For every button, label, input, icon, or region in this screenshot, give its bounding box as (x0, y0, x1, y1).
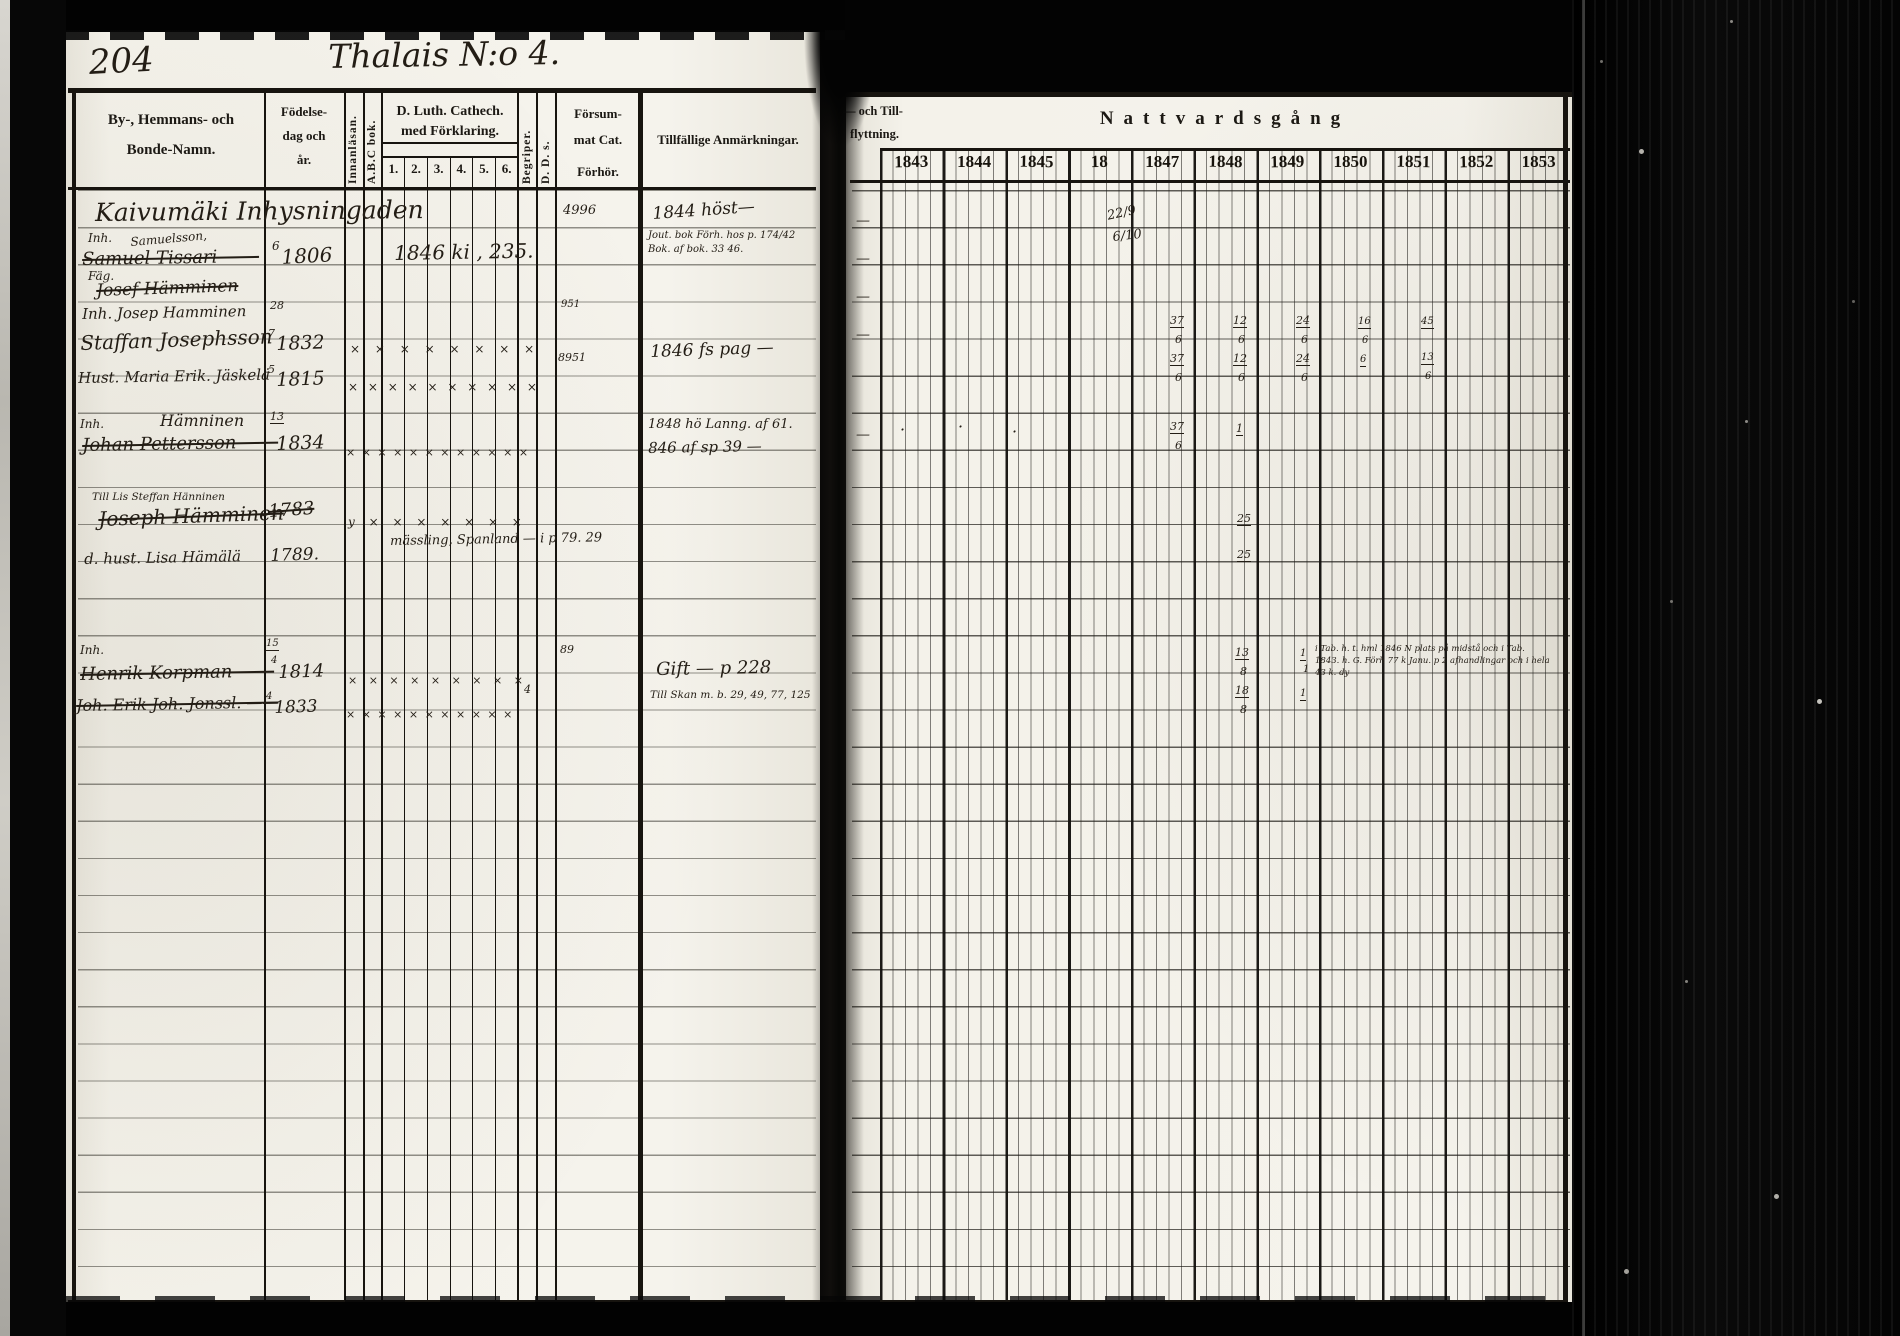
handwriting-entry: 13 (270, 411, 284, 424)
handwriting-entry: 6 (1175, 440, 1182, 451)
handwriting-entry: 1806 (281, 244, 333, 267)
handwriting-entry: 951 (561, 300, 580, 310)
cathech-subcol-2: 2. (405, 161, 428, 181)
handwriting-entry: Johan Pettersson —— (82, 434, 278, 455)
left-header-top-rule (68, 88, 816, 93)
handwriting-entry: 37 (1170, 353, 1184, 366)
handwriting-entry: 43 k. dy (1315, 669, 1349, 678)
handwriting-entry: 6 (1360, 355, 1366, 367)
year-label-1845: 1845 (1005, 151, 1068, 178)
year-row-top-rule (880, 148, 1570, 151)
film-scratch-line (1582, 0, 1585, 1336)
handwriting-entry: 25 (1237, 549, 1251, 562)
handwriting-entry: 4 (266, 692, 272, 702)
left-header-bottom-rule (68, 187, 816, 190)
col-header-name-line1: By-, Hemmans- och (108, 112, 234, 129)
handwriting-entry: 6/10 (1112, 228, 1142, 244)
col-header-begriper: Begriper. (521, 100, 533, 184)
handwriting-entry: Jout. bok Förh. hos p. 174/42 (648, 231, 795, 241)
handwriting-entry: 1846 fs pag — (650, 340, 774, 361)
year-label-18: 18 (1068, 151, 1131, 178)
handwriting-entry: 6 (1362, 336, 1368, 346)
scanned-church-record-spread: By-, Hemmans- och Bonde-Namn. Födelse- d… (0, 0, 1900, 1336)
page-number: 204 (88, 43, 155, 80)
film-right-margin (1572, 0, 1900, 1336)
left-edge-black (10, 0, 66, 1336)
cathech-subline-5 (495, 156, 496, 1303)
handwriting-entry: Till Skan m. b. 29, 49, 77, 125 (650, 690, 811, 701)
handwriting-entry: 89 (560, 644, 574, 655)
handwriting-entry: Inh. Josep Hamminen (82, 304, 246, 322)
handwriting-entry: · (958, 419, 963, 435)
handwriting-entry: 1833 (274, 698, 318, 716)
handwriting-entry: Hämninen (160, 413, 244, 429)
col-header-forsummat-line2: mat Cat. (574, 132, 622, 148)
right-header-top-rule (846, 92, 1572, 97)
col-line-innanlasan-abc (363, 93, 365, 1303)
col-header-forsummat-line3: Förhör. (577, 164, 619, 180)
col-line-dds-forsummat (555, 93, 557, 1303)
handwriting-entry: Bok. af bok. 33 46. (648, 245, 743, 255)
handwriting-entry: 1834 (276, 433, 325, 454)
communion-year-grid (880, 148, 1570, 1303)
handwriting-entry: 37 (1170, 421, 1184, 434)
handwriting-entry: Till Lis Steffan Hänninen (92, 492, 225, 503)
handwriting-entry: 1783 (268, 500, 315, 521)
handwriting-entry: y × × × × × × × (348, 516, 527, 528)
col-header-abc-bok: A.B.C bok. (366, 100, 378, 184)
cathech-subcol-4: 4. (450, 161, 473, 181)
handwriting-entry: 12 (1233, 315, 1247, 328)
handwriting-entry: Inh. (80, 644, 104, 656)
year-label-1853: 1853 (1507, 152, 1570, 178)
handwriting-entry: 8 (1240, 704, 1247, 715)
handwriting-entry: 6 (1238, 372, 1245, 383)
year-label-1849: 1849 (1256, 151, 1319, 178)
cathech-subheader-rule (382, 156, 518, 158)
left-edge-sliver (0, 0, 10, 1336)
year-label-1850: 1850 (1319, 152, 1382, 178)
handwriting-entry: 1 (1303, 665, 1309, 675)
col-header-dds: D. D. s. (540, 100, 552, 184)
nattvardsgang-title: Nattvardsgång (1100, 108, 1350, 130)
handwriting-entry: Samuel Tissari —— (82, 248, 259, 269)
cathech-subline-3 (450, 156, 451, 1303)
col-header-birth-line1: Födelse- (281, 104, 327, 120)
handwriting-entry: 1815 (276, 369, 325, 390)
handwriting-entry: 12 (1233, 353, 1247, 366)
handwriting-entry: 4996 (563, 204, 596, 217)
handwriting-entry: 6 (1175, 334, 1182, 345)
scanner-top-right-block (845, 0, 1585, 92)
year-label-1843: 1843 (880, 151, 943, 178)
handwriting-entry: Gift — p 228 (656, 659, 771, 679)
handwriting-entry: Josef Hämminen (96, 278, 239, 300)
handwriting-entry: 16 (1358, 317, 1371, 329)
handwriting-entry: 15 (266, 639, 279, 651)
cathech-subcol-5: 5. (473, 161, 496, 181)
handwriting-entry: Inh. (80, 418, 104, 430)
handwriting-entry: d. hust. Lisa Hämälä (84, 549, 241, 567)
year-label-1852: 1852 (1444, 151, 1507, 178)
col-header-cathech-line1: D. Luth. Cathech. (397, 104, 504, 120)
handwriting-entry: 6 (1301, 334, 1308, 345)
cathech-subcol-3: 3. (427, 161, 450, 181)
handwriting-entry: 1832 (276, 333, 325, 354)
handwriting-entry: 1814 (278, 662, 324, 682)
col-header-birth-line2: dag och (283, 128, 326, 144)
handwriting-entry: 37 (1170, 315, 1184, 328)
year-label-1848: 1848 (1193, 151, 1256, 178)
handwriting-entry: Inh. (88, 232, 112, 244)
right-page-right-border (1563, 92, 1568, 1303)
col-header-innanlasan: Innanläsan. (347, 100, 359, 184)
handwriting-entry: 25 (1237, 513, 1251, 526)
handwriting-entry: · (900, 422, 905, 438)
handwriting-entry: Joseph Hämminen (98, 503, 284, 529)
col-line-birth-innanlasan (344, 93, 346, 1303)
handwriting-entry: × × × × × × × × × × × × (346, 447, 530, 458)
handwriting-entry: mässling‚ Spanland — i p 79. 29 (390, 531, 602, 548)
col-line-abc-cathech (381, 93, 383, 1303)
handwriting-entry: 1 (1300, 649, 1306, 661)
handwriting-entry: × × × × × × × × × × (348, 381, 540, 393)
handwriting-entry: × × × × × × × × (350, 343, 540, 355)
col-line-forsummat-anmarkningar (638, 93, 643, 1303)
cathech-subcol-6: 6. (495, 161, 518, 181)
handwriting-entry: Henrik Korpman —— (80, 663, 274, 684)
handwriting-entry: 6 (1425, 372, 1431, 382)
page-gutter-shadow (812, 28, 864, 1306)
handwriting-entry: × × × × × × × × × (348, 675, 527, 686)
handwriting-entry: 13 (1235, 647, 1249, 660)
handwriting-entry: 1 (1236, 423, 1243, 436)
col-header-anmarkningar: Tillfällige Anmärkningar. (657, 132, 799, 148)
cathech-underline (382, 142, 518, 144)
page-title: Thalais N:o 4. (328, 36, 560, 73)
handwriting-entry: 1 (1300, 689, 1306, 701)
handwriting-entry: 6 (1175, 372, 1182, 383)
year-label-1851: 1851 (1382, 151, 1445, 178)
handwriting-entry: Kaivumäki Inhysningaden (95, 197, 424, 225)
cathech-subcol-1: 1. (382, 161, 405, 181)
handwriting-entry: 846 af sp 39 — (648, 439, 762, 456)
handwriting-entry: 8951 (558, 352, 586, 363)
cathech-subline-4 (472, 156, 473, 1303)
handwriting-entry: × × × × × × × × × × × (346, 709, 514, 720)
col-header-name-line2: Bonde-Namn. (127, 142, 216, 159)
handwriting-entry: 13 (1421, 353, 1434, 365)
handwriting-entry: 7 (268, 328, 275, 339)
scanner-top-bar-rough-edge (0, 30, 860, 40)
handwriting-entry: 4 (524, 684, 531, 695)
col-header-birth-line3: år. (297, 152, 311, 168)
handwriting-entry: 1789. (270, 546, 319, 565)
handwriting-entry: 5 (268, 364, 275, 375)
handwriting-entry: 24 (1296, 353, 1310, 366)
col-line-begriper-dds (536, 93, 538, 1303)
cathech-subline-2 (427, 156, 428, 1303)
col-header-forsummat-line1: Försum- (574, 106, 622, 122)
handwriting-entry: 28 (270, 300, 284, 311)
handwriting-entry: Staffan Josephsson (80, 326, 273, 353)
handwriting-entry: 1848 hö Lanng. af 61. (648, 418, 793, 431)
handwriting-entry: 24 (1296, 315, 1310, 328)
handwriting-entry: Joh. Erik Joh. Jonssl. —— (76, 694, 279, 714)
handwriting-entry: i Tab. h. t. hml 1846 N plats på midstå … (1315, 645, 1525, 654)
handwriting-entry: 8 (1240, 666, 1247, 677)
handwriting-entry: 6 (1301, 372, 1308, 383)
year-label-1847: 1847 (1131, 152, 1194, 178)
handwriting-entry: 18 (1235, 685, 1249, 698)
handwriting-entry: Hust. Maria Erik. Jäskelä (78, 368, 270, 386)
year-row-bottom-rule (850, 180, 1570, 183)
handwriting-entry: 45 (1421, 317, 1434, 329)
handwriting-entry: 1843. h. G. Förh 77 k Janu. p 2 afhandli… (1315, 657, 1550, 666)
col-line-cathech-begriper (517, 93, 519, 1303)
cathech-subline-1 (404, 156, 405, 1303)
handwriting-entry: 6 (272, 240, 280, 252)
handwriting-entry: · (1012, 424, 1017, 440)
year-label-1844: 1844 (943, 152, 1006, 178)
col-header-cathech-line2: med Förklaring. (401, 124, 499, 140)
handwriting-entry: 1846 ki ‚ 235. (394, 241, 534, 263)
handwriting-entry: 6 (1238, 334, 1245, 345)
